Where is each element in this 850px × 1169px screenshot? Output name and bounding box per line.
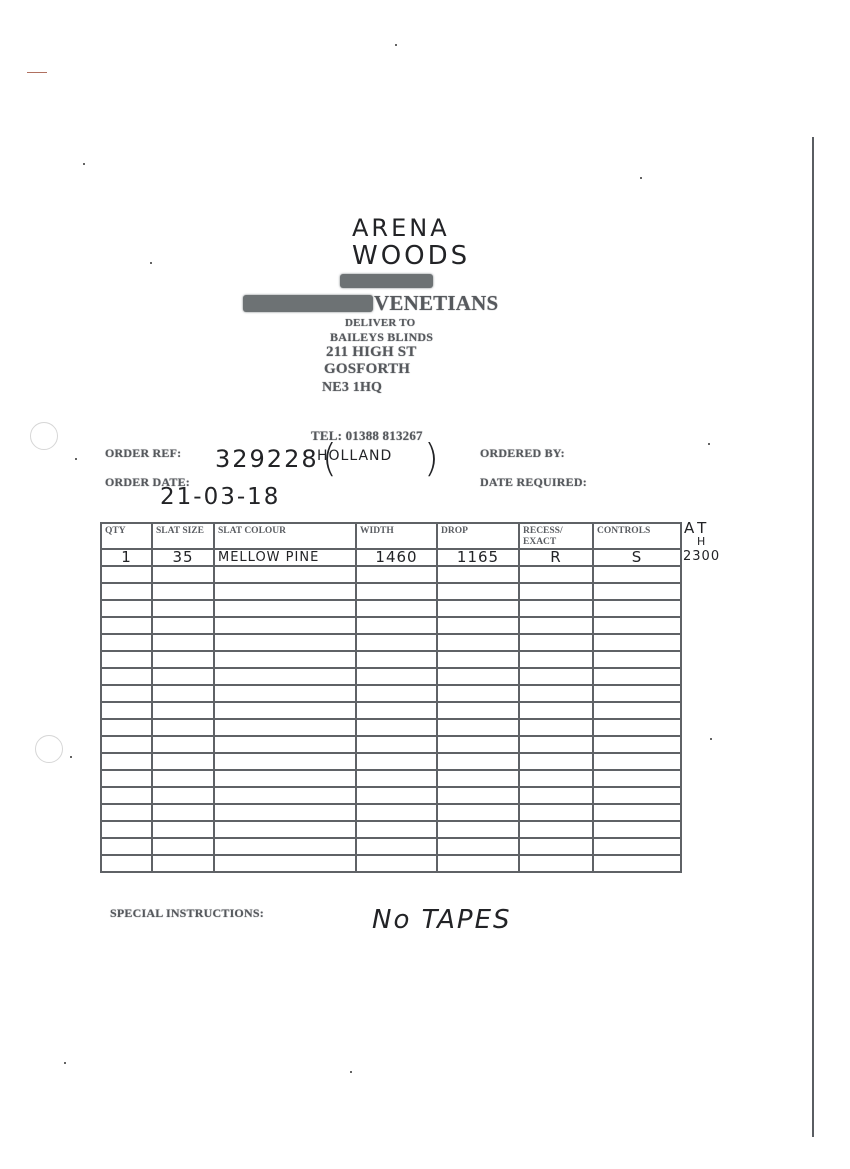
cell-qty bbox=[101, 821, 152, 838]
cell-slat-size bbox=[152, 702, 214, 719]
cell-width bbox=[356, 634, 437, 651]
cell-controls bbox=[593, 685, 681, 702]
cell-slat-size bbox=[152, 719, 214, 736]
address-line-3: NE3 1HQ bbox=[322, 380, 382, 396]
cell-drop bbox=[437, 736, 519, 753]
cell-slat-colour bbox=[214, 600, 356, 617]
cell-drop bbox=[437, 770, 519, 787]
cell-controls bbox=[593, 566, 681, 583]
cell-qty bbox=[101, 753, 152, 770]
cell-qty bbox=[101, 787, 152, 804]
speck bbox=[75, 458, 77, 460]
cell-recess-exact: R bbox=[519, 549, 593, 566]
cell-width bbox=[356, 855, 437, 872]
cell-slat-colour bbox=[214, 804, 356, 821]
cell-recess-exact bbox=[519, 566, 593, 583]
cell-width bbox=[356, 821, 437, 838]
cell-slat-colour bbox=[214, 617, 356, 634]
cell-width bbox=[356, 702, 437, 719]
cell-slat-size bbox=[152, 753, 214, 770]
cell-recess-exact bbox=[519, 770, 593, 787]
cell-slat-size bbox=[152, 617, 214, 634]
cell-recess-exact bbox=[519, 685, 593, 702]
cell-drop bbox=[437, 821, 519, 838]
cell-recess-exact bbox=[519, 753, 593, 770]
speck bbox=[395, 44, 397, 46]
cell-qty bbox=[101, 736, 152, 753]
cell-qty bbox=[101, 855, 152, 872]
cell-controls bbox=[593, 651, 681, 668]
cell-slat-size bbox=[152, 566, 214, 583]
order-date-value: 21-03-18 bbox=[160, 484, 280, 510]
cell-slat-size bbox=[152, 838, 214, 855]
cell-qty: 1 bbox=[101, 549, 152, 566]
paren-close: ) bbox=[424, 436, 440, 480]
speck bbox=[150, 262, 152, 264]
table-row bbox=[101, 821, 681, 838]
cell-recess-exact bbox=[519, 702, 593, 719]
table-row bbox=[101, 855, 681, 872]
company-name: VENETIANS bbox=[374, 291, 498, 316]
cell-drop bbox=[437, 719, 519, 736]
table-row bbox=[101, 634, 681, 651]
cell-slat-size bbox=[152, 770, 214, 787]
cell-slat-colour bbox=[214, 736, 356, 753]
table-row bbox=[101, 617, 681, 634]
cell-width bbox=[356, 770, 437, 787]
cell-width: 1460 bbox=[356, 549, 437, 566]
cell-controls bbox=[593, 821, 681, 838]
punch-hole-bottom bbox=[35, 735, 63, 763]
cell-controls bbox=[593, 617, 681, 634]
header-recess-exact: RECESS/ EXACT bbox=[519, 523, 593, 549]
cell-slat-colour bbox=[214, 651, 356, 668]
cell-drop bbox=[437, 702, 519, 719]
cell-controls: S bbox=[593, 549, 681, 566]
cell-slat-size bbox=[152, 736, 214, 753]
order-ref-label: ORDER REF: bbox=[105, 446, 181, 461]
cell-qty bbox=[101, 600, 152, 617]
cell-width bbox=[356, 719, 437, 736]
cell-drop bbox=[437, 787, 519, 804]
cell-qty bbox=[101, 651, 152, 668]
redaction-bar bbox=[243, 295, 373, 312]
ordered-by-label: ORDERED BY: bbox=[480, 446, 565, 461]
cell-recess-exact bbox=[519, 719, 593, 736]
cell-width bbox=[356, 668, 437, 685]
cell-width bbox=[356, 651, 437, 668]
header-controls: CONTROLS bbox=[593, 523, 681, 549]
cell-recess-exact bbox=[519, 651, 593, 668]
cell-qty bbox=[101, 702, 152, 719]
cell-drop bbox=[437, 583, 519, 600]
margin-note-line-2: H bbox=[697, 535, 706, 548]
cell-width bbox=[356, 753, 437, 770]
scan-edge-line bbox=[812, 137, 814, 1137]
cell-width bbox=[356, 736, 437, 753]
cell-controls bbox=[593, 583, 681, 600]
cell-controls bbox=[593, 600, 681, 617]
cell-drop bbox=[437, 804, 519, 821]
cell-drop bbox=[437, 634, 519, 651]
cell-slat-colour: MELLOW PINE bbox=[214, 549, 356, 566]
cell-qty bbox=[101, 634, 152, 651]
cell-width bbox=[356, 566, 437, 583]
table-header-row: QTY SLAT SIZE SLAT COLOUR WIDTH DROP REC… bbox=[101, 523, 681, 549]
cell-recess-exact bbox=[519, 600, 593, 617]
table-row bbox=[101, 719, 681, 736]
cell-recess-exact bbox=[519, 804, 593, 821]
cell-slat-size bbox=[152, 804, 214, 821]
cell-slat-size bbox=[152, 855, 214, 872]
cell-recess-exact bbox=[519, 736, 593, 753]
cell-slat-colour bbox=[214, 719, 356, 736]
cell-slat-size bbox=[152, 685, 214, 702]
special-instructions-label: SPECIAL INSTRUCTIONS: bbox=[110, 906, 264, 921]
table-row bbox=[101, 702, 681, 719]
header-slat-colour: SLAT COLOUR bbox=[214, 523, 356, 549]
cell-recess-exact bbox=[519, 617, 593, 634]
table-row bbox=[101, 651, 681, 668]
special-instructions-value: No TAPES bbox=[372, 905, 512, 935]
cell-slat-colour bbox=[214, 668, 356, 685]
cell-qty bbox=[101, 770, 152, 787]
table-row bbox=[101, 600, 681, 617]
deliver-to-label: DELIVER TO bbox=[345, 317, 415, 329]
cell-slat-size bbox=[152, 821, 214, 838]
deliver-to-name: BAILEYS BLINDS bbox=[330, 330, 433, 345]
order-table: QTY SLAT SIZE SLAT COLOUR WIDTH DROP REC… bbox=[100, 522, 682, 873]
cell-controls bbox=[593, 736, 681, 753]
speck bbox=[708, 443, 710, 445]
cell-controls bbox=[593, 634, 681, 651]
cell-controls bbox=[593, 787, 681, 804]
cell-controls bbox=[593, 804, 681, 821]
margin-note-line-3: 2300 bbox=[683, 549, 720, 564]
handwritten-title-line-2: WOODS bbox=[352, 241, 470, 271]
cell-recess-exact bbox=[519, 787, 593, 804]
cell-drop bbox=[437, 600, 519, 617]
cell-controls bbox=[593, 855, 681, 872]
cell-width bbox=[356, 583, 437, 600]
cell-drop bbox=[437, 617, 519, 634]
cell-slat-colour bbox=[214, 855, 356, 872]
order-ref-note: HOLLAND bbox=[317, 448, 392, 464]
cell-slat-colour bbox=[214, 821, 356, 838]
cell-drop bbox=[437, 753, 519, 770]
cell-qty bbox=[101, 804, 152, 821]
handwritten-title-line-1: ARENA bbox=[352, 214, 450, 242]
cell-qty bbox=[101, 583, 152, 600]
cell-width bbox=[356, 838, 437, 855]
header-width: WIDTH bbox=[356, 523, 437, 549]
cell-drop bbox=[437, 855, 519, 872]
cell-slat-size bbox=[152, 600, 214, 617]
cell-drop bbox=[437, 838, 519, 855]
cell-drop bbox=[437, 685, 519, 702]
table-row: 135MELLOW PINE14601165RS bbox=[101, 549, 681, 566]
cell-slat-colour bbox=[214, 702, 356, 719]
cell-qty bbox=[101, 838, 152, 855]
cell-slat-colour bbox=[214, 685, 356, 702]
cell-controls bbox=[593, 753, 681, 770]
header-qty: QTY bbox=[101, 523, 152, 549]
cell-qty bbox=[101, 719, 152, 736]
cell-slat-colour bbox=[214, 753, 356, 770]
scan-mark bbox=[27, 72, 47, 73]
order-ref-value: 329228 bbox=[215, 445, 319, 473]
cell-recess-exact bbox=[519, 583, 593, 600]
speck bbox=[640, 177, 642, 179]
table-row bbox=[101, 668, 681, 685]
header-drop: DROP bbox=[437, 523, 519, 549]
cell-slat-colour bbox=[214, 566, 356, 583]
address-line-2: GOSFORTH bbox=[324, 361, 410, 378]
cell-width bbox=[356, 600, 437, 617]
cell-recess-exact bbox=[519, 855, 593, 872]
cell-slat-colour bbox=[214, 787, 356, 804]
cell-controls bbox=[593, 668, 681, 685]
cell-controls bbox=[593, 770, 681, 787]
cell-recess-exact bbox=[519, 634, 593, 651]
table-row bbox=[101, 787, 681, 804]
table-row bbox=[101, 736, 681, 753]
cell-slat-size bbox=[152, 668, 214, 685]
cell-slat-colour bbox=[214, 583, 356, 600]
cell-qty bbox=[101, 685, 152, 702]
cell-slat-size bbox=[152, 787, 214, 804]
address-line-1: 211 HIGH ST bbox=[326, 344, 417, 361]
cell-slat-size: 35 bbox=[152, 549, 214, 566]
cell-drop bbox=[437, 668, 519, 685]
cell-slat-colour bbox=[214, 634, 356, 651]
cell-recess-exact bbox=[519, 838, 593, 855]
table-row bbox=[101, 770, 681, 787]
cell-width bbox=[356, 617, 437, 634]
speck bbox=[710, 738, 712, 740]
cell-slat-colour bbox=[214, 770, 356, 787]
cell-controls bbox=[593, 702, 681, 719]
table-row bbox=[101, 838, 681, 855]
table-row bbox=[101, 804, 681, 821]
cell-width bbox=[356, 685, 437, 702]
cell-drop bbox=[437, 651, 519, 668]
speck bbox=[350, 1071, 352, 1073]
cell-controls bbox=[593, 719, 681, 736]
table-row bbox=[101, 583, 681, 600]
cell-recess-exact bbox=[519, 821, 593, 838]
cell-slat-colour bbox=[214, 838, 356, 855]
table-row bbox=[101, 753, 681, 770]
table-row bbox=[101, 685, 681, 702]
table-row bbox=[101, 566, 681, 583]
cell-width bbox=[356, 804, 437, 821]
cell-drop bbox=[437, 566, 519, 583]
cell-qty bbox=[101, 668, 152, 685]
date-required-label: DATE REQUIRED: bbox=[480, 475, 587, 490]
speck bbox=[64, 1062, 66, 1064]
punch-hole-top bbox=[30, 422, 58, 450]
cell-slat-size bbox=[152, 634, 214, 651]
cell-qty bbox=[101, 566, 152, 583]
speck bbox=[70, 756, 72, 758]
cell-width bbox=[356, 787, 437, 804]
cell-slat-size bbox=[152, 651, 214, 668]
header-slat-size: SLAT SIZE bbox=[152, 523, 214, 549]
cell-drop: 1165 bbox=[437, 549, 519, 566]
cell-recess-exact bbox=[519, 668, 593, 685]
cell-qty bbox=[101, 617, 152, 634]
redaction-bar bbox=[340, 274, 433, 288]
cell-slat-size bbox=[152, 583, 214, 600]
cell-controls bbox=[593, 838, 681, 855]
speck bbox=[83, 163, 85, 165]
